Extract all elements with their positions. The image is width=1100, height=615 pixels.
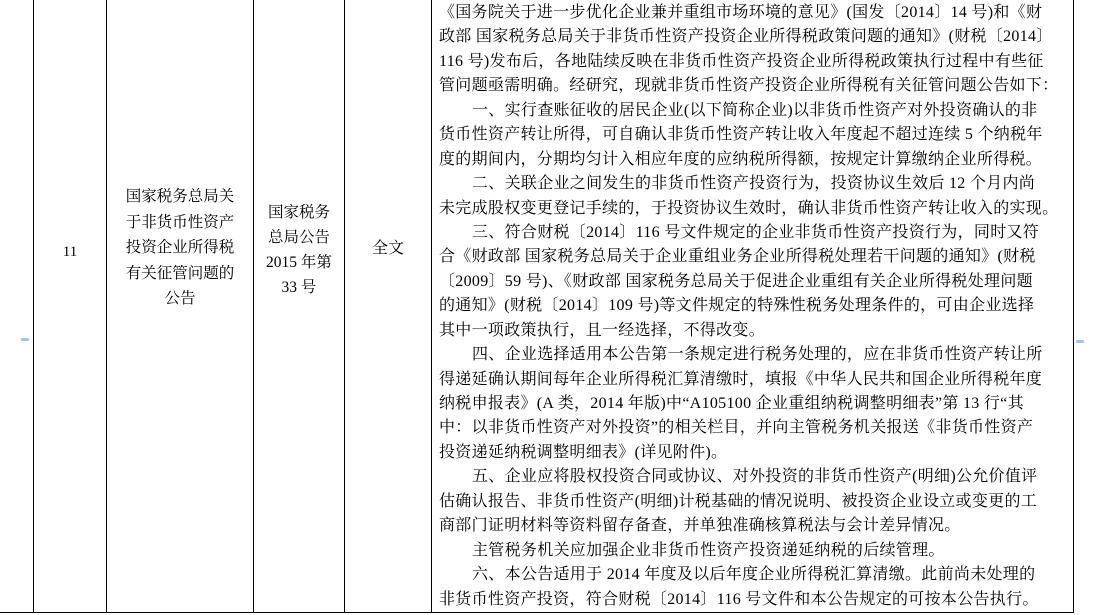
text-line: 总局公告 <box>254 225 344 250</box>
cell-applicable-scope: 全文 <box>345 0 431 612</box>
text-line: 货币性资产转让所得，可自确认非货币性资产转让收入年度起不超过连续 5 个纳税年 <box>439 123 1068 147</box>
document-number-text: 国家税务总局公告2015 年第33 号 <box>254 200 344 300</box>
text-line: 得递延确认期间每年企业所得税汇算清缴时，填报《中华人民共和国企业所得税年度 <box>439 368 1068 392</box>
seq-number: 11 <box>34 243 106 261</box>
text-line: 其中一项政策执行，且一经选择，不得改变。 <box>439 319 1068 343</box>
text-line: 度的期间内，分期均匀计入相应年度的应纳税所得额，按规定计算缴纳企业所得税。 <box>439 148 1068 172</box>
text-line: 非货币性资产投资，符合财税〔2014〕116 号文件和本公告规定的可按本公告执行… <box>439 588 1068 612</box>
text-line: 管问题亟需明确。经研究，现就非货币性资产投资企业所得税有关征管问题公告如下： <box>439 74 1068 98</box>
cell-seq-number: 11 <box>34 0 106 612</box>
regulation-title-text: 国家税务总局关于非货币性资产投资企业所得税有关征管问题的公告 <box>107 184 253 312</box>
text-line: 国家税务总局关 <box>107 184 253 210</box>
text-line: 116 号)发布后，各地陆续反映在非货币性资产投资企业所得税政策执行过程中有些征 <box>439 50 1068 74</box>
revision-mark-right-margin <box>1076 340 1084 343</box>
document-page: 11 国家税务总局关于非货币性资产投资企业所得税有关征管问题的公告 国家税务总局… <box>0 0 1100 615</box>
text-line: 三、符合财税〔2014〕116 号文件规定的企业非货币性资产投资行为，同时又符 <box>439 221 1068 245</box>
text-line: 《国务院关于进一步优化企业兼并重组市场环境的意见》(国发〔2014〕14 号)和… <box>439 1 1068 25</box>
cell-regulation-title: 国家税务总局关于非货币性资产投资企业所得税有关征管问题的公告 <box>107 0 253 612</box>
text-line: 〔2009〕59 号)、《财政部 国家税务总局关于促进企业重组有关企业所得税处理… <box>439 270 1068 294</box>
revision-mark-left-margin <box>21 338 29 341</box>
text-line: 公告 <box>107 286 253 312</box>
text-line: 商部门证明材料等资料留存备查，并单独准确核算税法与会计差异情况。 <box>439 514 1068 538</box>
text-line: 主管税务机关应加强企业非货币性资产投资递延纳税的后续管理。 <box>439 539 1068 563</box>
announcement-body-text: 《国务院关于进一步优化企业兼并重组市场环境的意见》(国发〔2014〕14 号)和… <box>439 1 1068 612</box>
text-line: 政部 国家税务总局关于非货币性资产投资企业所得税政策问题的通知》(财税〔2014… <box>439 25 1068 49</box>
text-line: 五、企业应将股权投资合同或协议、对外投资的非货币性资产(明细)公允价值评 <box>439 465 1068 489</box>
text-line: 合《财政部 国家税务总局关于企业重组业务企业所得税处理若干问题的通知》(财税 <box>439 245 1068 269</box>
text-line: 有关征管问题的 <box>107 261 253 287</box>
text-line: 一、实行查账征收的居民企业(以下简称企业)以非货币性资产对外投资确认的非 <box>439 99 1068 123</box>
text-line: 纳税申报表》(A 类，2014 年版)中“A105100 企业重组纳税调整明细表… <box>439 392 1068 416</box>
scope-label: 全文 <box>345 240 431 258</box>
text-line: 未完成股权变更登记手续的，于投资协议生效时，确认非货币性资产转让收入的实现。 <box>439 197 1068 221</box>
cell-document-number: 国家税务总局公告2015 年第33 号 <box>254 0 344 612</box>
text-line: 二、关联企业之间发生的非货币性资产投资行为，投资协议生效后 12 个月内尚 <box>439 172 1068 196</box>
text-line: 2015 年第 <box>254 250 344 275</box>
table-border-right <box>1073 0 1074 613</box>
text-line: 六、本公告适用于 2014 年度及以后年度企业所得税汇算清缴。此前尚未处理的 <box>439 563 1068 587</box>
cell-announcement-body: 《国务院关于进一步优化企业兼并重组市场环境的意见》(国发〔2014〕14 号)和… <box>432 0 1073 612</box>
text-line: 33 号 <box>254 275 344 300</box>
text-line: 四、企业选择适用本公告第一条规定进行税务处理的，应在非货币性资产转让所 <box>439 343 1068 367</box>
table-border-bottom <box>0 612 1074 613</box>
text-line: 的通知》(财税〔2014〕109 号)等文件规定的特殊性税务处理条件的，可由企业… <box>439 294 1068 318</box>
text-line: 投资企业所得税 <box>107 235 253 261</box>
text-line: 中：以非货币性资产对外投资”的相关栏目，并向主管税务机关报送《非货币性资产 <box>439 416 1068 440</box>
text-line: 投资递延纳税调整明细表》(详见附件)。 <box>439 441 1068 465</box>
text-line: 于非货币性资产 <box>107 210 253 236</box>
text-line: 国家税务 <box>254 200 344 225</box>
text-line: 估确认报告、非货币性资产(明细)计税基础的情况说明、被投资企业设立或变更的工 <box>439 490 1068 514</box>
